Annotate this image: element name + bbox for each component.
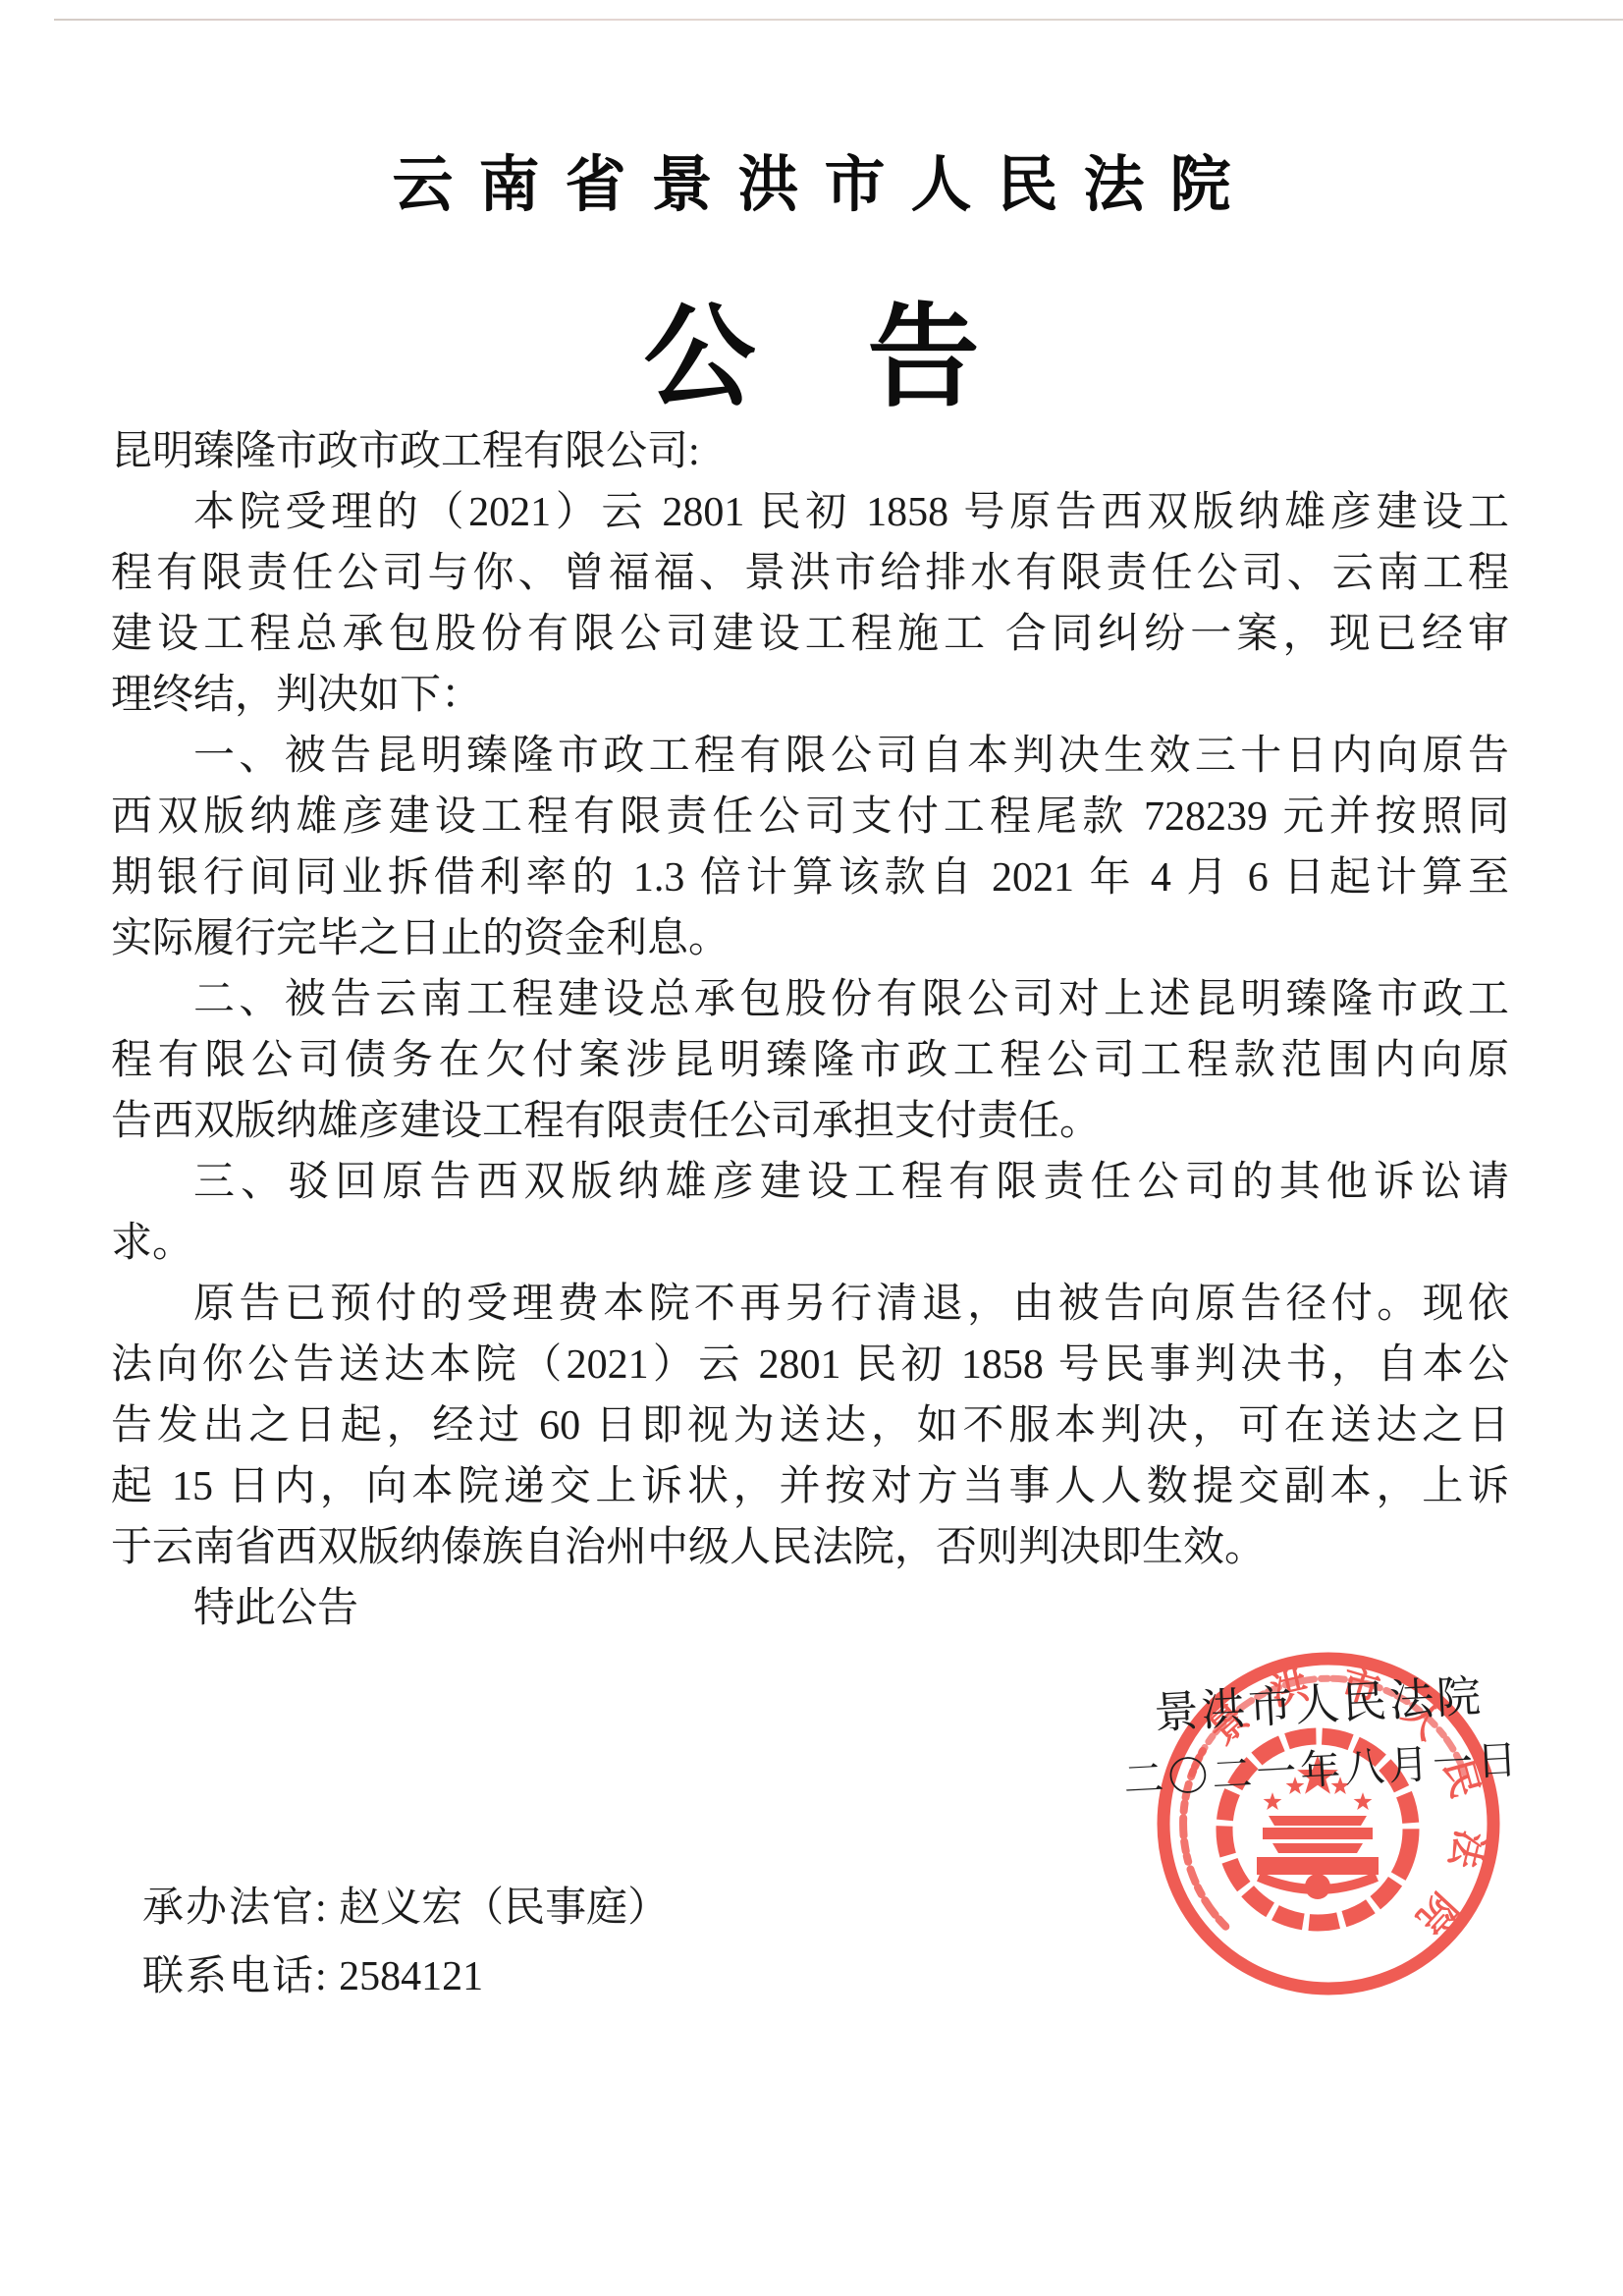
phone-row: 联系电话: 2584121: [142, 1942, 669, 2011]
body-line: 于云南省西双版纳傣族自治州中级人民法院，否则判决即生效。: [111, 1517, 1509, 1578]
body-line: 特此公告: [111, 1578, 1509, 1639]
court-header-title: 云南省景洪市人民法院: [0, 136, 1623, 223]
scan-artifact-line: [54, 19, 1623, 21]
body-line: 程有限责任公司与你、曾福福、景洪市给排水有限责任公司、云南工程: [111, 543, 1509, 604]
body-line: 告西双版纳雄彦建设工程有限责任公司承担支付责任。: [111, 1091, 1509, 1152]
judge-row: 承办法官: 赵义宏（民事庭）: [142, 1874, 669, 1942]
body-line: 二、被告云南工程建设总承包股份有限公司对上述昆明臻隆市政工: [111, 969, 1509, 1030]
body-line: 本院受理的（2021）云 2801 民初 1858 号原告西双版纳雄彦建设工: [111, 482, 1509, 543]
judge-label: 承办法官:: [142, 1886, 329, 1931]
body-line: 期银行间同业拆借利率的 1.3 倍计算该款自 2021 年 4 月 6 日起计算…: [111, 847, 1509, 908]
contact-block: 承办法官: 赵义宏（民事庭） 联系电话: 2584121: [142, 1874, 669, 2011]
body-line: 起 15 日内，向本院递交上诉状，并按对方当事人人数提交副本，上诉: [111, 1456, 1509, 1517]
phone-label: 联系电话:: [142, 1954, 329, 1999]
notice-title: 公 告: [0, 267, 1623, 428]
signature-block: 景洪市人民法院 二〇二一年八月一日: [1087, 1667, 1553, 1805]
phone-number: 2584121: [339, 1954, 483, 1999]
body-line: 西双版纳雄彦建设工程有限责任公司支付工程尾款 728239 元并按照同: [111, 787, 1509, 847]
body-line: 告发出之日起，经过 60 日即视为送达，如不服本判决，可在送达之日: [111, 1395, 1509, 1456]
body-line: 程有限公司债务在欠付案涉昆明臻隆市政工程公司工程款范围内向原: [111, 1030, 1509, 1091]
body-line: 一、被告昆明臻隆市政工程有限公司自本判决生效三十日内向原告: [111, 726, 1509, 787]
body-lines: 昆明臻隆市政市政工程有限公司:本院受理的（2021）云 2801 民初 1858…: [111, 421, 1509, 1639]
body-line: 理终结，判决如下：: [111, 665, 1509, 726]
judge-name: 赵义宏（民事庭）: [339, 1886, 669, 1931]
body-line: 三、驳回原告西双版纳雄彦建设工程有限责任公司的其他诉讼请: [111, 1152, 1509, 1213]
body-line: 法向你公告送达本院（2021）云 2801 民初 1858 号民事判决书，自本公: [111, 1335, 1509, 1395]
body-line: 建设工程总承包股份有限公司建设工程施工 合同纠纷一案，现已经审: [111, 604, 1509, 665]
body-line: 实际履行完毕之日止的资金利息。: [111, 908, 1509, 969]
body-line: 求。: [111, 1213, 1509, 1274]
announcement-page: 云南省景洪市人民法院 公 告 昆明臻隆市政市政工程有限公司:本院受理的（2021…: [0, 0, 1623, 2296]
body-line: 昆明臻隆市政市政工程有限公司:: [111, 421, 1509, 482]
body-line: 原告已预付的受理费本院不再另行清退，由被告向原告径付。现依: [111, 1274, 1509, 1335]
